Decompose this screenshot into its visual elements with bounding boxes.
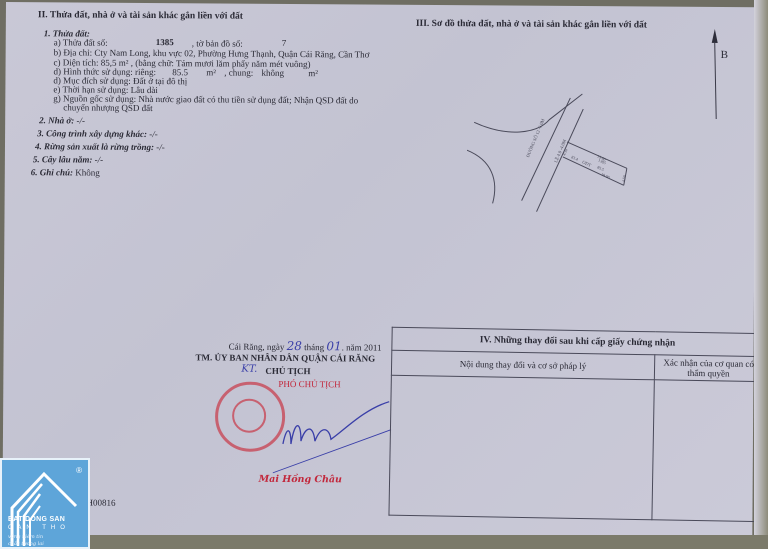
serial-number: H00816 (86, 498, 115, 508)
issue-year: 2011 (364, 343, 382, 353)
shared-unit: m² (308, 68, 318, 78)
logo-line1: BAT DONG SAN (8, 516, 65, 523)
watermark-logo: ® BAT DONG SAN CAN THO vững niềm tin chắ… (0, 458, 90, 549)
vice-chairman-title: PHÓ CHỦ TỊCH (278, 379, 340, 389)
kt-initials: KT. (241, 364, 257, 375)
perennial-tree-item: 5. Cây lâu năm: -/- (33, 154, 103, 164)
usage-origin-cont: chuyển nhượng QSD đất (63, 102, 152, 113)
house-item: 2. Nhà ở: -/- (39, 115, 85, 125)
section3-title: III. Sơ đồ thửa đất, nhà ở và tài sản kh… (416, 19, 647, 31)
private-unit: m² (206, 67, 216, 77)
table-surface (0, 535, 768, 549)
other-construction-item: 3. Công trình xây dựng khác: -/- (37, 128, 158, 139)
column-confirmation-header: Xác nhận của cơ quan có thẩm quyền (654, 355, 762, 382)
parcel-label: a) Thửa đất số: (54, 37, 108, 47)
issue-day: 28 (287, 339, 302, 353)
issue-month: 01 (326, 339, 341, 353)
page-edge (754, 0, 768, 549)
svg-text:4.50: 4.50 (561, 148, 568, 156)
svg-text:19.00: 19.00 (600, 172, 610, 180)
map-sheet-label: , tờ bản đồ số: (192, 38, 243, 48)
chairman-title: CHỦ TỊCH (265, 366, 310, 376)
parcel-map: ĐƯỜNG SỐ 12 -6.0M LỀ 4.0 -4.0M 4.50 83.4… (466, 85, 647, 226)
logo-slogan2: chắc tương lai (8, 541, 44, 547)
road-label-12: ĐƯỜNG SỐ 12 -6.0M (525, 118, 545, 158)
shared-label: , chung: (224, 68, 253, 78)
forest-item: 4. Rừng sản xuất là rừng trồng: -/- (35, 141, 165, 152)
issuing-authority: TM. ỦY BAN NHÂN DÂN QUẬN CÁI RĂNG (195, 352, 375, 363)
logo-slogan1: vững niềm tin (8, 534, 43, 540)
north-arrow-icon (705, 27, 726, 122)
handwritten-signature (273, 389, 394, 480)
issue-date: Cái Răng, ngày 28 tháng 01. năm 2011 (229, 339, 382, 354)
note-item: 6. Ghi chú: Không (31, 167, 100, 177)
changes-content-cell (389, 375, 654, 520)
shared-area: không (261, 68, 284, 78)
logo-line2: CAN THO (8, 525, 70, 531)
changes-table: IV. Những thay đổi sau khi cấp giấy chứn… (388, 327, 763, 522)
changes-confirmation-cell (652, 380, 762, 522)
certificate-page: II. Thửa đất, nhà ở và tài sản khác gắn … (2, 2, 756, 540)
map-sheet-number: 7 (282, 38, 287, 48)
north-label: B (721, 49, 728, 61)
section2-title: II. Thửa đất, nhà ở và tài sản khác gắn … (38, 10, 243, 21)
signer-name: Mai Hồng Châu (259, 474, 342, 486)
svg-text:4.50: 4.50 (621, 175, 627, 183)
parcel-number: 1385 (156, 37, 174, 47)
svg-text:85.5: 85.5 (596, 164, 604, 171)
